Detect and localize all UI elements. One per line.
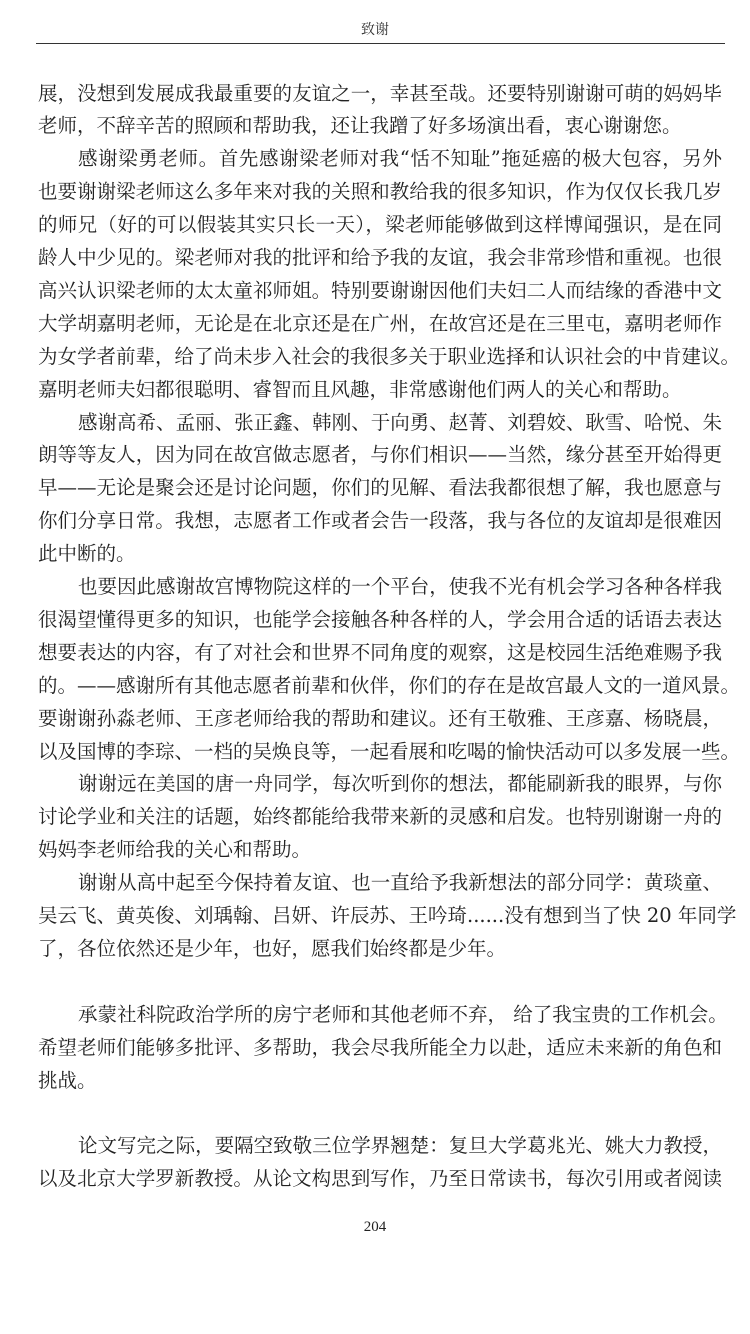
text-line: 此中断的。 xyxy=(38,537,722,570)
text-line: 论文写完之际，要隔空致敬三位学界翘楚：复旦大学葛兆光、姚大力教授， xyxy=(78,1129,722,1162)
text-line: 感谢梁勇老师。首先感谢梁老师对我“恬不知耻”拖延癌的极大包容，另外 xyxy=(78,142,722,175)
text-line: 谢谢远在美国的唐一舟同学，每次听到你的想法，都能刷新我的眼界，与你 xyxy=(78,767,722,800)
text-line: 很渴望懂得更多的知识，也能学会接触各种各样的人，学会用合适的话语去表达 xyxy=(38,603,722,636)
text-line: 高兴认识梁老师的太太童祁师姐。特别要谢谢因他们夫妇二人而结缘的香港中文 xyxy=(38,274,722,307)
text-line: 以及国博的李琮、一档的吴焕良等，一起看展和吃喝的愉快活动可以多发展一些。 xyxy=(38,735,722,768)
header-rule xyxy=(36,43,725,44)
text-line: 早——无论是聚会还是讨论问题，你们的见解、看法我都很想了解，我也愿意与 xyxy=(38,471,722,504)
blank-line xyxy=(38,965,722,998)
text-line: 展，没想到发展成我最重要的友谊之一，幸甚至哉。还要特别谢谢可萌的妈妈毕 xyxy=(38,77,722,110)
text-line: 承蒙社科院政治学所的房宁老师和其他老师不弃， 给了我宝贵的工作机会。 xyxy=(78,998,722,1031)
text-line: 大学胡嘉明老师，无论是在北京还是在广州，在故宫还是在三里屯，嘉明老师作 xyxy=(38,307,722,340)
text-line: 龄人中少见的。梁老师对我的批评和给予我的友谊，我会非常珍惜和重视。也很 xyxy=(38,241,722,274)
text-line: 嘉明老师夫妇都很聪明、睿智而且风趣，非常感谢他们两人的关心和帮助。 xyxy=(38,373,722,406)
text-line: 的师兄（好的可以假装其实只长一天），梁老师能够做到这样博闻强识，是在同 xyxy=(38,208,722,241)
text-line: 也要谢谢梁老师这么多年来对我的关照和教给我的很多知识，作为仅仅长我几岁 xyxy=(38,175,722,208)
text-line: 为女学者前辈，给了尚未步入社会的我很多关于职业选择和认识社会的中肯建议。 xyxy=(38,340,722,373)
running-header-title: 致谢 xyxy=(0,20,750,40)
text-line: 挑战。 xyxy=(38,1064,722,1097)
text-line: 吴云飞、黄英俊、刘瑀翰、吕妍、许辰苏、王吟琦......没有想到当了快 20 年… xyxy=(38,899,722,932)
text-line: 也要因此感谢故宫博物院这样的一个平台，使我不光有机会学习各种各样我 xyxy=(78,570,722,603)
text-line: 朗等等友人，因为同在故宫做志愿者，与你们相识——当然，缘分甚至开始得更 xyxy=(38,438,722,471)
blank-line xyxy=(38,1096,722,1129)
page-number: 204 xyxy=(0,1216,750,1238)
text-line: 的。——感谢所有其他志愿者前辈和伙伴，你们的存在是故宫最人文的一道风景。 xyxy=(38,669,722,702)
text-line: 老师，不辞辛苦的照顾和帮助我，还让我蹭了好多场演出看，衷心谢谢您。 xyxy=(38,109,722,142)
text-line: 讨论学业和关注的话题，始终都能给我带来新的灵感和启发。也特别谢谢一舟的 xyxy=(38,800,722,833)
text-line: 谢谢从高中起至今保持着友谊、也一直给予我新想法的部分同学：黄琰童、 xyxy=(78,866,722,899)
text-line: 希望老师们能够多批评、多帮助，我会尽我所能全力以赴，适应未来新的角色和 xyxy=(38,1031,722,1064)
text-line: 以及北京大学罗新教授。从论文构思到写作，乃至日常读书，每次引用或者阅读 xyxy=(38,1162,722,1195)
text-line: 感谢高希、孟丽、张正鑫、韩刚、于向勇、赵菁、刘碧姣、耿雪、哈悦、朱 xyxy=(78,406,722,439)
text-line: 想要表达的内容，有了对社会和世界不同角度的观察，这是校园生活绝难赐予我 xyxy=(38,636,722,669)
text-line: 你们分享日常。我想，志愿者工作或者会告一段落，我与各位的友谊却是很难因 xyxy=(38,504,722,537)
text-line: 妈妈李老师给我的关心和帮助。 xyxy=(38,833,722,866)
text-line: 要谢谢孙淼老师、王彦老师给我的帮助和建议。还有王敬雅、王彦嘉、杨晓晨， xyxy=(38,702,722,735)
text-line: 了，各位依然还是少年，也好，愿我们始终都是少年。 xyxy=(38,932,722,965)
